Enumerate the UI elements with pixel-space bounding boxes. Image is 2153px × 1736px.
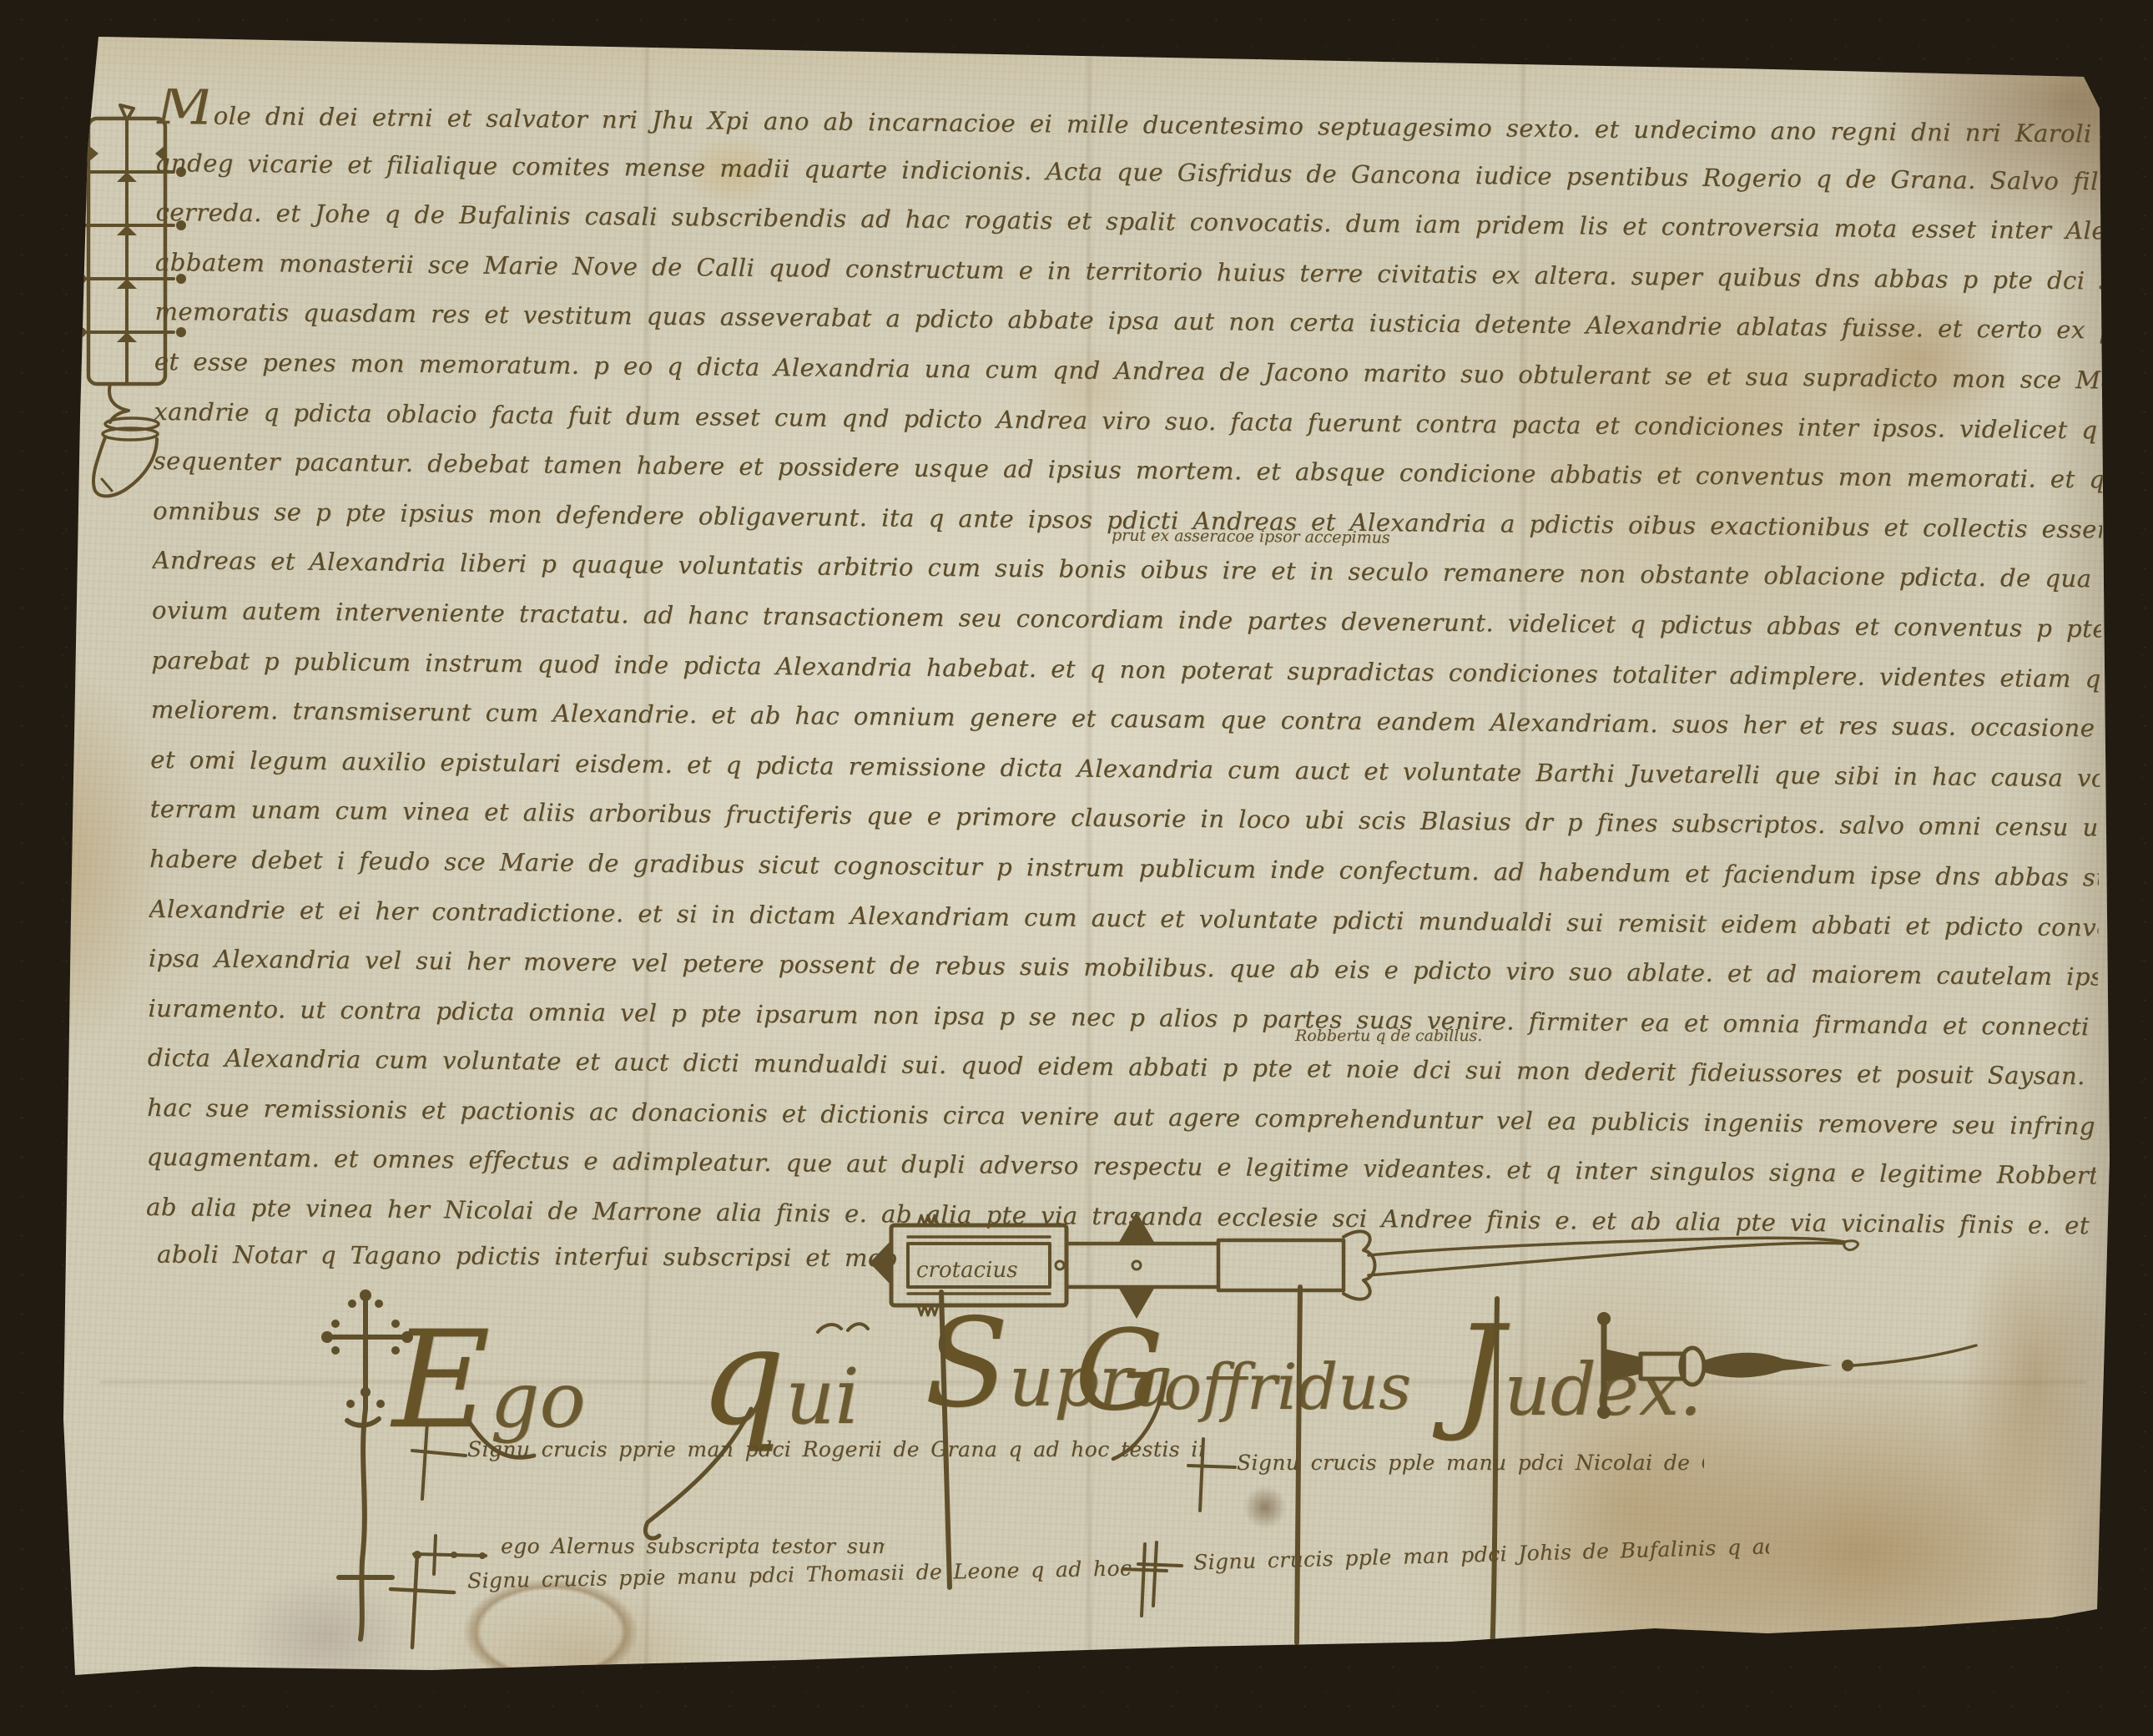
signum-cross-icon — [1187, 1437, 1237, 1512]
signum-cross-icon — [389, 1551, 456, 1651]
signum-cross-icon — [1135, 1541, 1185, 1607]
witness-line-nicolaus: Signu crucis pple manu pdci Nicolai de C… — [1237, 1451, 1704, 1475]
witness-line-rogerius: Signu crucis pprie man pdci Rogerii de G… — [467, 1437, 1202, 1461]
photo-backdrop: Mole dni dei etrni et salvator nri Jhu X… — [0, 0, 2153, 1736]
witness-line-alernus: ego Alernus subscripta testor sum — [501, 1534, 885, 1558]
parchment-sheet: Mole dni dei etrni et salvator nri Jhu X… — [0, 0, 2153, 1736]
flourish-strokes — [0, 0, 2153, 1736]
dagger-flourish-icon — [1582, 1312, 1999, 1446]
signum-cross-icon — [411, 1419, 469, 1502]
